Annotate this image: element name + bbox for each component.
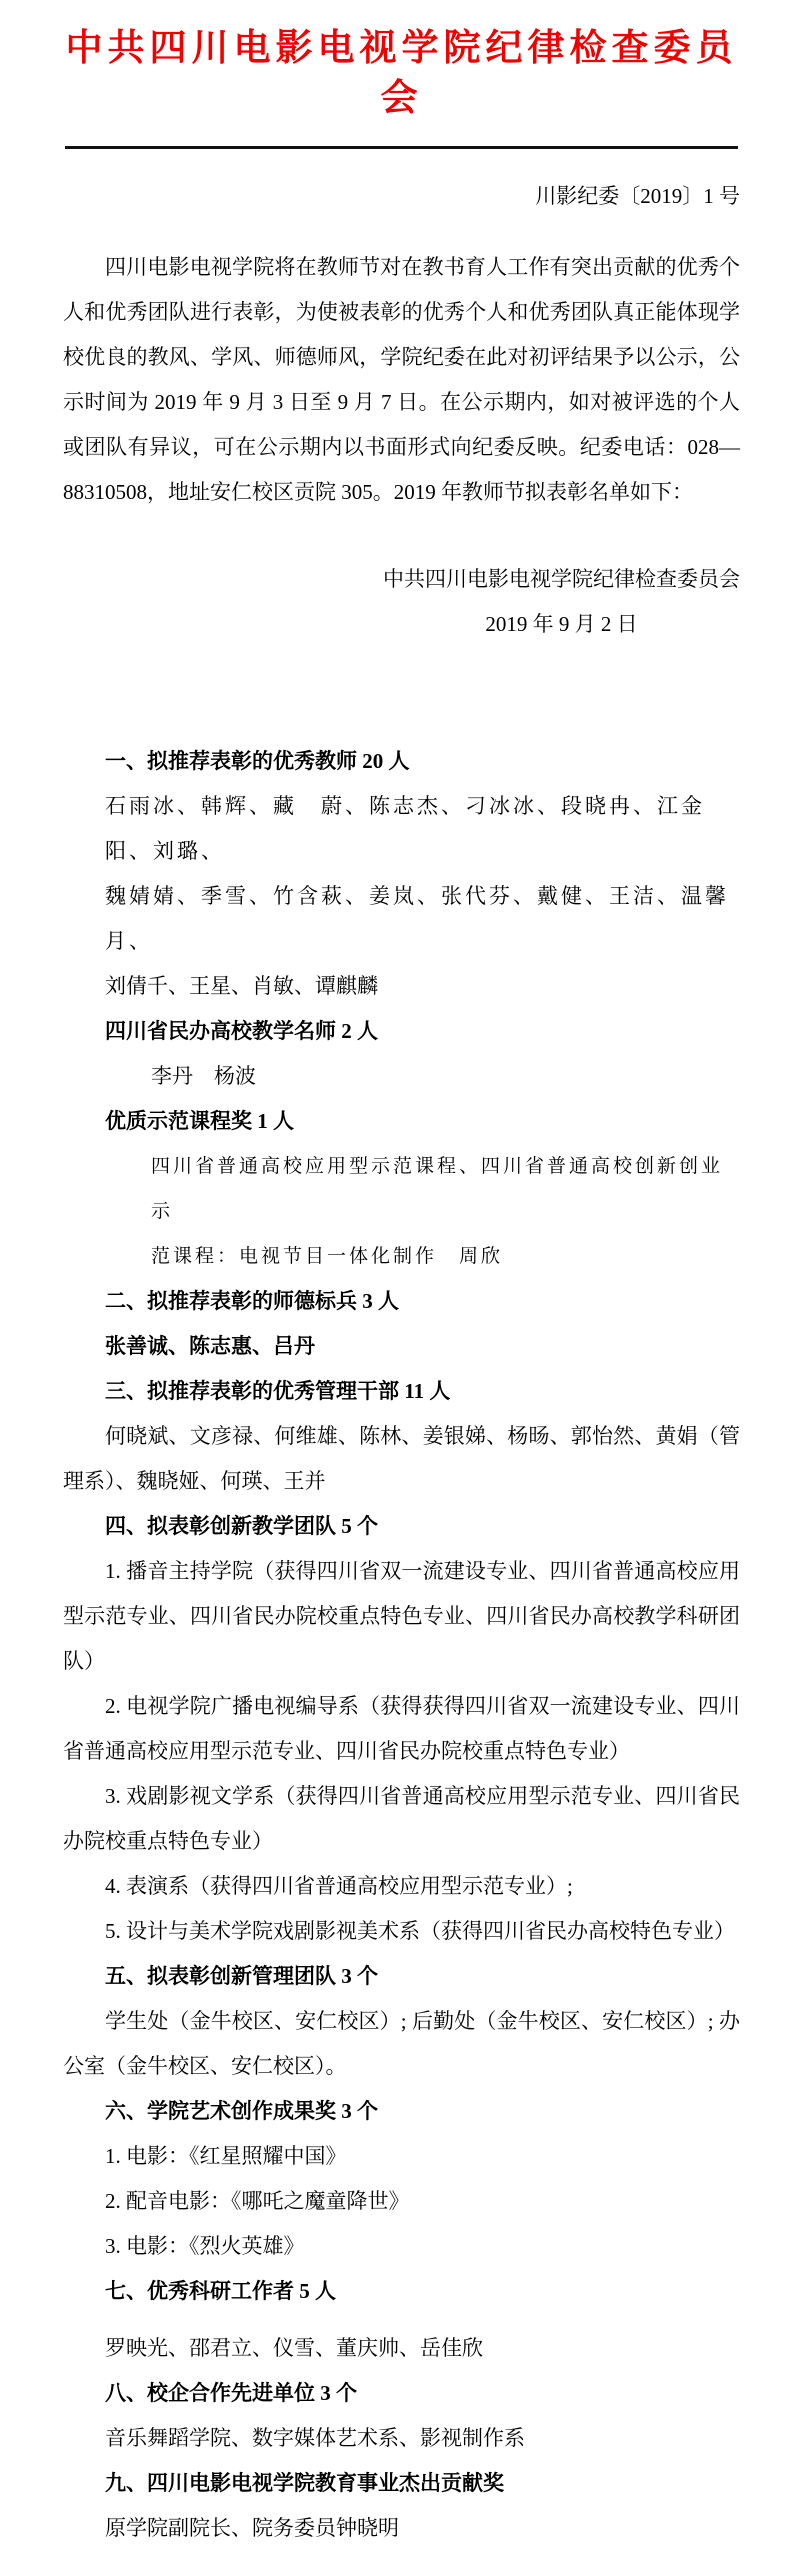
section-heading-teaching-master: 四川省民办高校教学名师 2 人 — [63, 1009, 740, 1054]
document-title: 中共四川电影电视学院纪律检查委员会 — [63, 24, 740, 124]
management-team-list: 学生处（金牛校区、安仁校区）; 后勤处（金牛校区、安仁校区）; 办公室（金牛校区… — [63, 1999, 740, 2089]
ethics-model-names: 张善诚、陈志惠、吕丹 — [63, 1324, 740, 1369]
teaching-team-item: 3. 戏剧影视文学系（获得四川省普通高校应用型示范专业、四川省民办院校重点特色专… — [63, 1774, 740, 1864]
section-heading-5: 五、拟表彰创新管理团队 3 个 — [63, 1954, 740, 1999]
section-heading-2: 二、拟推荐表彰的师德标兵 3 人 — [63, 1279, 740, 1324]
teaching-team-item: 1. 播音主持学院（获得四川省双一流建设专业、四川省普通高校应用型示范专业、四川… — [63, 1549, 740, 1684]
intro-paragraph: 四川电影电视学院将在教师节对在教书育人工作有突出贡献的优秀个人和优秀团队进行表彰… — [63, 245, 740, 515]
title-divider — [65, 146, 738, 149]
art-achievement-item: 3. 电影：《烈火英雄》 — [63, 2224, 740, 2269]
management-cadre-names: 何晓斌、文彦禄、何维雄、陈林、姜银娣、杨旸、郭怡然、黄娟（管理系）、魏晓娅、何瑛… — [63, 1414, 740, 1504]
award-sections: 一、拟推荐表彰的优秀教师 20 人 石雨冰、韩辉、藏 蔚、陈志杰、刁冰冰、段晓冉… — [63, 739, 740, 2551]
teaching-team-item: 2. 电视学院广播电视编导系（获得获得四川省双一流建设专业、四川省普通高校应用型… — [63, 1684, 740, 1774]
teacher-name-list-line: 刘倩千、王星、肖敏、谭麒麟 — [63, 964, 740, 1009]
section-heading-3: 三、拟推荐表彰的优秀管理干部 11 人 — [63, 1369, 740, 1414]
section-heading-6: 六、学院艺术创作成果奖 3 个 — [63, 2089, 740, 2134]
teacher-name-list-line: 魏婧婧、季雪、竹含萩、姜岚、张代芬、戴健、王洁、温馨月、 — [63, 874, 740, 964]
teaching-team-item: 5. 设计与美术学院戏剧影视美术系（获得四川省民办高校特色专业） — [63, 1909, 740, 1954]
teaching-team-item: 4. 表演系（获得四川省普通高校应用型示范专业）; — [63, 1864, 740, 1909]
section-heading-4: 四、拟表彰创新教学团队 5 个 — [63, 1504, 740, 1549]
outstanding-contribution-name: 原学院副院长、院务委员钟晓明 — [63, 2506, 740, 2551]
signature-date: 2019 年 9 月 2 日 — [383, 602, 740, 647]
research-worker-names: 罗映光、邵君立、仪雪、董庆帅、岳佳欣 — [63, 2326, 740, 2371]
demo-course-detail-line: 范课程：电视节目一体化制作 周欣 — [63, 1234, 740, 1279]
official-notice-document: 中共四川电影电视学院纪律检查委员会 川影纪委〔2019〕1 号 四川电影电视学院… — [0, 0, 801, 2477]
demo-course-detail-line: 四川省普通高校应用型示范课程、四川省普通高校创新创业示 — [63, 1144, 740, 1234]
section-heading-demo-course-award: 优质示范课程奖 1 人 — [63, 1099, 740, 1144]
teaching-master-names: 李丹 杨波 — [63, 1054, 740, 1099]
section-heading-7: 七、优秀科研工作者 5 人 — [63, 2269, 740, 2314]
art-achievement-item: 2. 配音电影：《哪吒之魔童降世》 — [63, 2179, 740, 2224]
cooperation-unit-names: 音乐舞蹈学院、数字媒体艺术系、影视制作系 — [63, 2416, 740, 2461]
art-achievement-item: 1. 电影：《红星照耀中国》 — [63, 2134, 740, 2179]
teacher-name-list-line: 石雨冰、韩辉、藏 蔚、陈志杰、刁冰冰、段晓冉、江金阳、刘璐、 — [63, 784, 740, 874]
section-heading-8: 八、校企合作先进单位 3 个 — [63, 2371, 740, 2416]
signature-block: 中共四川电影电视学院纪律检查委员会 2019 年 9 月 2 日 — [383, 557, 740, 647]
signature-org: 中共四川电影电视学院纪律检查委员会 — [383, 557, 740, 602]
section-heading-9: 九、四川电影电视学院教育事业杰出贡献奖 — [63, 2461, 740, 2506]
document-number: 川影纪委〔2019〕1 号 — [63, 181, 740, 211]
section-heading-1: 一、拟推荐表彰的优秀教师 20 人 — [63, 739, 740, 784]
